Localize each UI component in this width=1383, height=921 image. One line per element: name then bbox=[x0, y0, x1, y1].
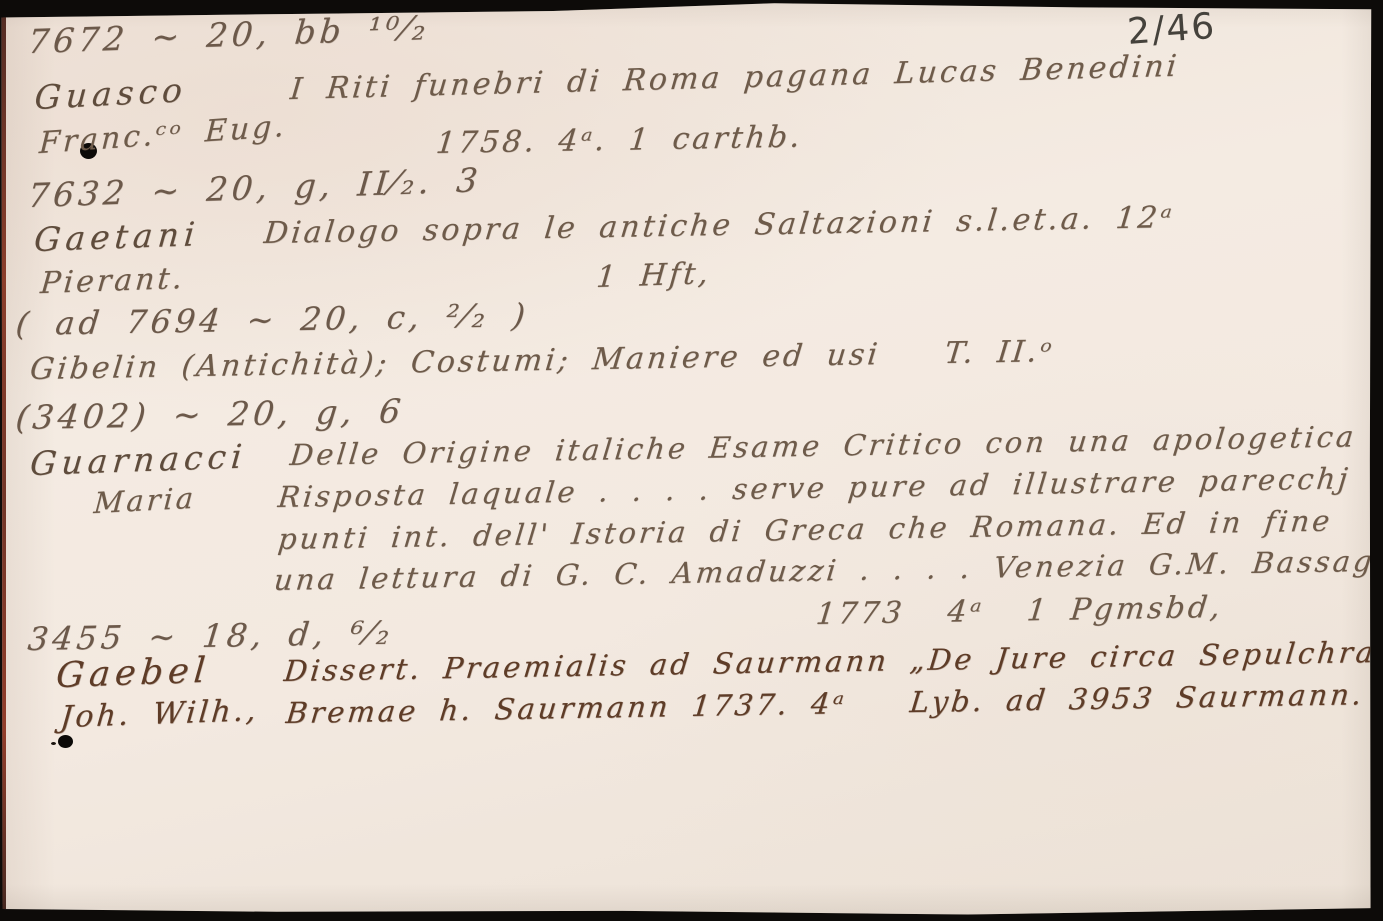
author-guarnacci: Guarnacci bbox=[29, 436, 249, 483]
author-gaebel-forename: Joh. Wilh., bbox=[59, 693, 260, 735]
shelfmark-3402: (3402) ~ 20, g, 6 bbox=[14, 391, 406, 437]
crossref-7694: ( ad 7694 ~ 20, c, ²⁄₂ ) bbox=[14, 296, 531, 343]
author-guarnacci-forename: Maria bbox=[93, 481, 198, 521]
author-guasco-forename: Franc.ᶜᵒ Eug. bbox=[38, 109, 288, 162]
catalog-card: 7672 ~ 20, bb ¹⁰⁄₂GuascoI Riti funebri d… bbox=[0, 0, 1383, 921]
imprint-guasco: 1758. 4ᵃ. 1 carthb. bbox=[434, 120, 804, 161]
collation-gaetani: 1 Hft, bbox=[595, 256, 712, 295]
ink-blot bbox=[58, 735, 73, 748]
card-left-edge bbox=[0, 10, 6, 911]
archive-mark: 2/46 bbox=[1126, 6, 1217, 53]
scan-background: 7672 ~ 20, bb ¹⁰⁄₂GuascoI Riti funebri d… bbox=[0, 0, 1383, 921]
imprint-guarnacci: 1773 4ᵃ 1 Pgmsbd, bbox=[814, 590, 1224, 632]
shelfmark-7672: 7672 ~ 20, bb ¹⁰⁄₂ bbox=[27, 8, 432, 61]
title-gaetani: Dialogo sopra le antiche Saltazioni s.l.… bbox=[262, 200, 1176, 251]
title-guasco: I Riti funebri di Roma pagana Lucas Bene… bbox=[289, 49, 1181, 107]
author-gaetani-forename: Pierant. bbox=[39, 261, 187, 301]
shelfmark-7632: 7632 ~ 20, g, II⁄₂. 3 bbox=[27, 160, 484, 215]
author-gaetani: Gaetani bbox=[33, 214, 202, 259]
author-gaebel: Gaebel bbox=[54, 651, 211, 697]
author-guasco: Guasco bbox=[33, 70, 188, 117]
entry-gibelin: Gibelin (Antichità); Costumi; Maniere ed… bbox=[28, 334, 1056, 387]
